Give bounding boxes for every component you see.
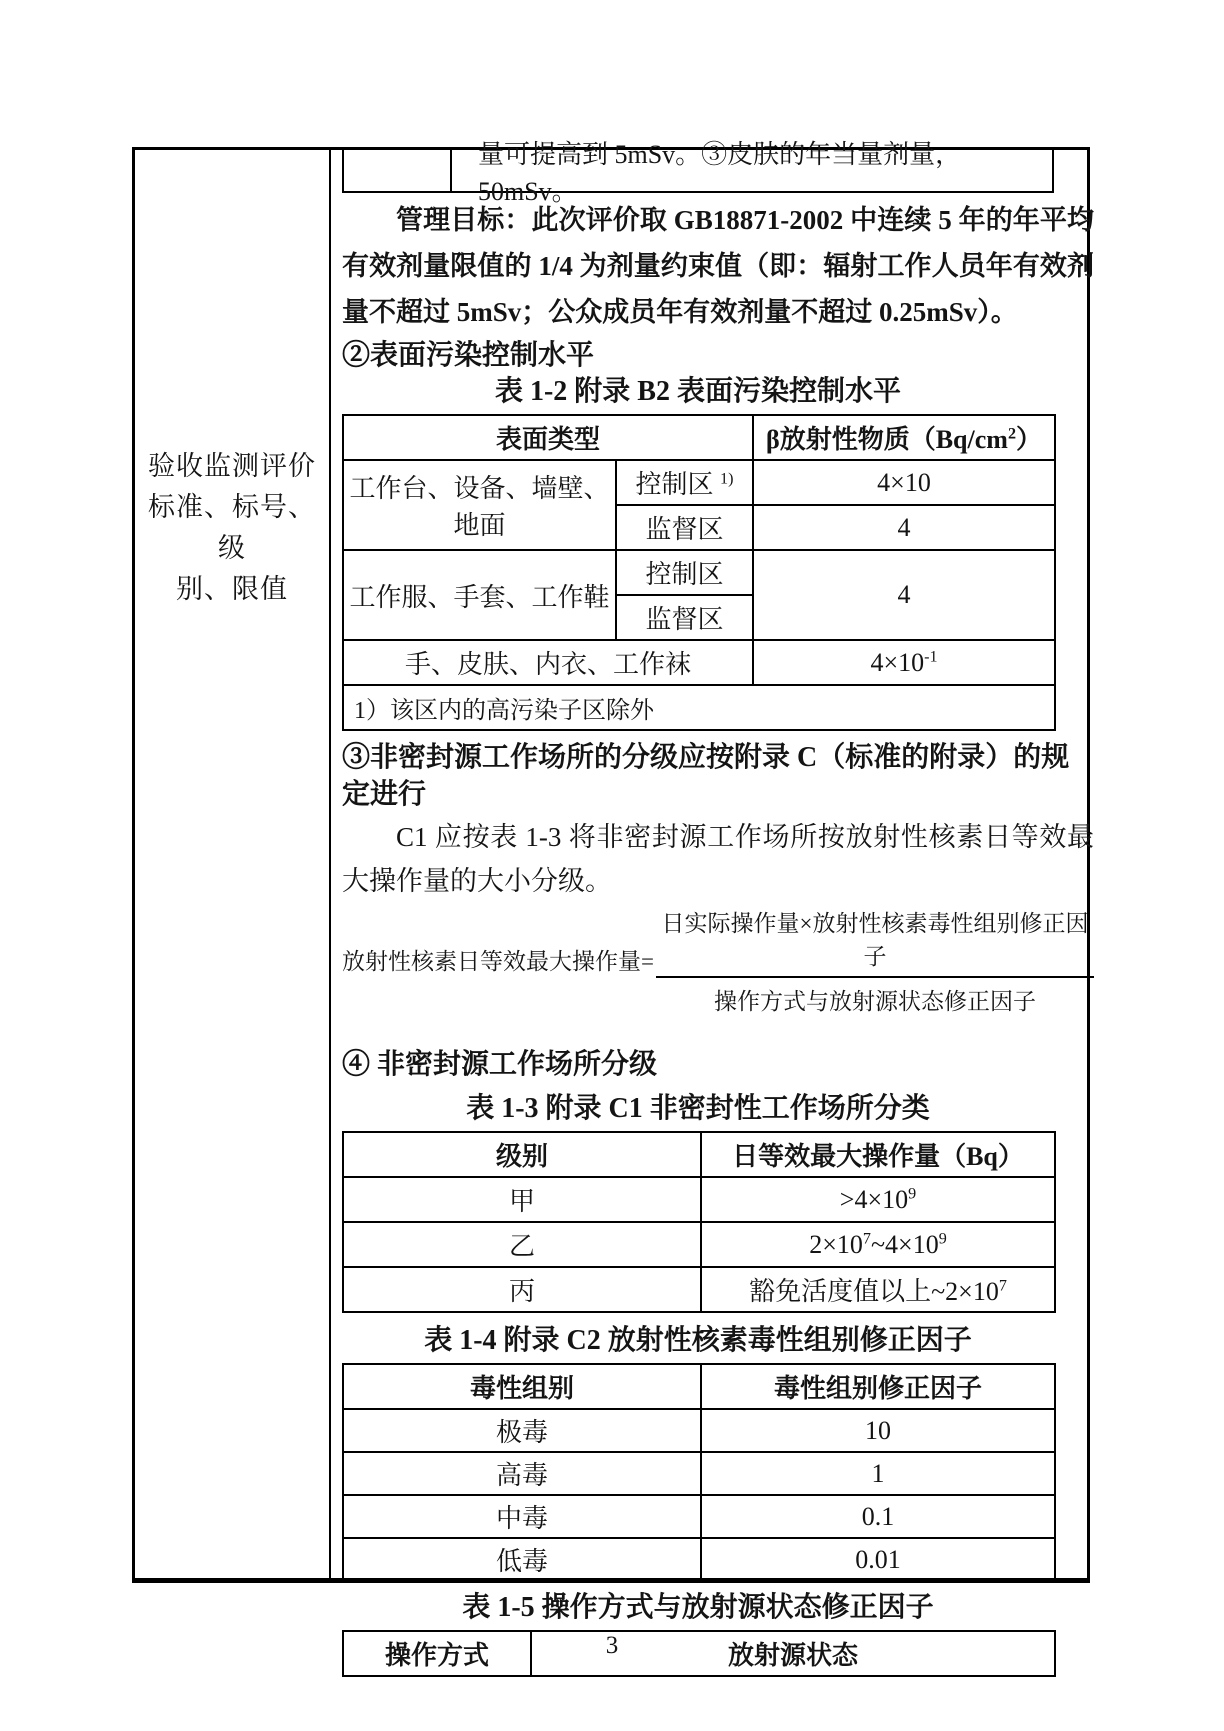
table-1-4-title: 表 1-4 附录 C2 放射性核素毒性组别修正因子 xyxy=(342,1323,1054,1359)
cell-toxicity-group: 极毒 xyxy=(343,1409,701,1452)
table-1-2: 表面类型 β放射性物质（Bq/cm2） 工作台、设备、墙壁、地面 控制区 1) … xyxy=(342,414,1056,731)
table-row: 毒性组别 毒性组别修正因子 xyxy=(343,1364,1055,1409)
table-row: 工作服、手套、工作鞋 控制区 4 xyxy=(343,550,1055,595)
assessment-standards-table: 验收监测评价 标准、标号、级 别、限值 量可提高到 5mSv。③皮肤的年当量剂量… xyxy=(132,147,1090,1583)
table-footnote: 1）该区内的高污染子区除外 xyxy=(343,685,1055,730)
cell-zone-controlled: 控制区 xyxy=(616,550,753,595)
table-row: 手、皮肤、内衣、工作袜 4×10-1 xyxy=(343,640,1055,685)
table-1-2-title: 表 1-2 附录 B2 表面污染控制水平 xyxy=(342,374,1054,410)
cell-factor: 1 xyxy=(701,1452,1055,1495)
formula-numerator: 日实际操作量×放射性核素毒性组别修正因子 xyxy=(656,903,1094,978)
section2-heading: ②表面污染控制水平 xyxy=(342,337,1094,374)
table-1-3-title: 表 1-3 附录 C1 非密封性工作场所分类 xyxy=(342,1091,1054,1127)
header-beta-activity: β放射性物质（Bq/cm2） xyxy=(753,415,1055,460)
cell-factor: 0.01 xyxy=(701,1538,1055,1581)
table-row: 中毒 0.1 xyxy=(343,1495,1055,1538)
header-max-operation: 日等效最大操作量（Bq） xyxy=(701,1132,1055,1177)
table-row: 极毒 10 xyxy=(343,1409,1055,1452)
table-row: 乙 2×107~4×109 xyxy=(343,1222,1055,1267)
row-header-label: 验收监测评价 标准、标号、级 别、限值 xyxy=(135,446,329,610)
cell-value: 4 xyxy=(753,505,1055,550)
formula-fraction: 日实际操作量×放射性核素毒性组别修正因子 操作方式与放射源状态修正因子 xyxy=(656,903,1094,1016)
table-row: 1）该区内的高污染子区除外 xyxy=(343,685,1055,730)
cell-value: 4 xyxy=(753,550,1055,640)
cell-level: 丙 xyxy=(343,1267,701,1312)
cell-value: 豁免活度值以上~2×107 xyxy=(701,1267,1055,1312)
formula-denominator: 操作方式与放射源状态修正因子 xyxy=(656,978,1094,1016)
header-surface-type: 表面类型 xyxy=(343,415,753,460)
page-number: 3 xyxy=(0,1632,1224,1660)
cell-value: 4×10 xyxy=(753,460,1055,505)
table-1-5-title: 表 1-5 操作方式与放射源状态修正因子 xyxy=(342,1590,1054,1626)
cell-value: >4×109 xyxy=(701,1177,1055,1222)
cell-level: 乙 xyxy=(343,1222,701,1267)
cell-factor: 0.1 xyxy=(701,1495,1055,1538)
table-1-3: 级别 日等效最大操作量（Bq） 甲 >4×109 乙 2×107~4×109 丙… xyxy=(342,1131,1056,1313)
table-row: 丙 豁免活度值以上~2×107 xyxy=(343,1267,1055,1312)
cell-zone-supervised: 监督区 xyxy=(616,505,753,550)
header-toxicity-factor: 毒性组别修正因子 xyxy=(701,1364,1055,1409)
carryover-empty-cell xyxy=(344,150,452,191)
table-row: 级别 日等效最大操作量（Bq） xyxy=(343,1132,1055,1177)
header-level: 级别 xyxy=(343,1132,701,1177)
cell-toxicity-group: 中毒 xyxy=(343,1495,701,1538)
table-row: 高毒 1 xyxy=(343,1452,1055,1495)
cell-value: 4×10-1 xyxy=(753,640,1055,685)
cell-value: 2×107~4×109 xyxy=(701,1222,1055,1267)
table-row: 表面类型 β放射性物质（Bq/cm2） xyxy=(343,415,1055,460)
cell-zone-supervised: 监督区 xyxy=(616,595,753,640)
cell-factor: 10 xyxy=(701,1409,1055,1452)
row-header-cell: 验收监测评价 标准、标号、级 别、限值 xyxy=(135,150,331,1578)
carryover-table-row: 量可提高到 5mSv。③皮肤的年当量剂量，50mSv。 xyxy=(342,150,1054,193)
table-row: 甲 >4×109 xyxy=(343,1177,1055,1222)
section3-paragraph: C1 应按表 1-3 将非密封源工作场所按放射性核素日等效最大操作量的大小分级。 xyxy=(342,815,1094,903)
section3-heading: ③非密封源工作场所的分级应按附录 C（标准的附录）的规定进行 xyxy=(342,739,1094,813)
formula-lhs: 放射性核素日等效最大操作量= xyxy=(342,943,654,976)
cell-zone-controlled: 控制区 1) xyxy=(616,460,753,505)
table-row: 低毒 0.01 xyxy=(343,1538,1055,1581)
header-toxicity-group: 毒性组别 xyxy=(343,1364,701,1409)
table-row: 工作台、设备、墙壁、地面 控制区 1) 4×10 xyxy=(343,460,1055,505)
cell-surface-group2: 工作服、手套、工作鞋 xyxy=(343,550,616,640)
cell-surface-group1: 工作台、设备、墙壁、地面 xyxy=(343,460,616,550)
table-1-4: 毒性组别 毒性组别修正因子 极毒 10 高毒 1 中毒 0.1 低毒 0.01 xyxy=(342,1363,1056,1582)
cell-surface-row3: 手、皮肤、内衣、工作袜 xyxy=(343,640,753,685)
cell-level: 甲 xyxy=(343,1177,701,1222)
section4-heading: ④ 非密封源工作场所分级 xyxy=(342,1046,1094,1083)
cell-toxicity-group: 低毒 xyxy=(343,1538,701,1581)
row-content-cell: 量可提高到 5mSv。③皮肤的年当量剂量，50mSv。 管理目标：此次评价取 G… xyxy=(331,150,1094,1578)
cell-toxicity-group: 高毒 xyxy=(343,1452,701,1495)
management-goal-paragraph: 管理目标：此次评价取 GB18871-2002 中连续 5 年的年平均有效剂量限… xyxy=(342,197,1094,335)
carryover-text: 量可提高到 5mSv。③皮肤的年当量剂量，50mSv。 xyxy=(452,150,1052,191)
max-operation-formula: 放射性核素日等效最大操作量= 日实际操作量×放射性核素毒性组别修正因子 操作方式… xyxy=(342,903,1094,1016)
